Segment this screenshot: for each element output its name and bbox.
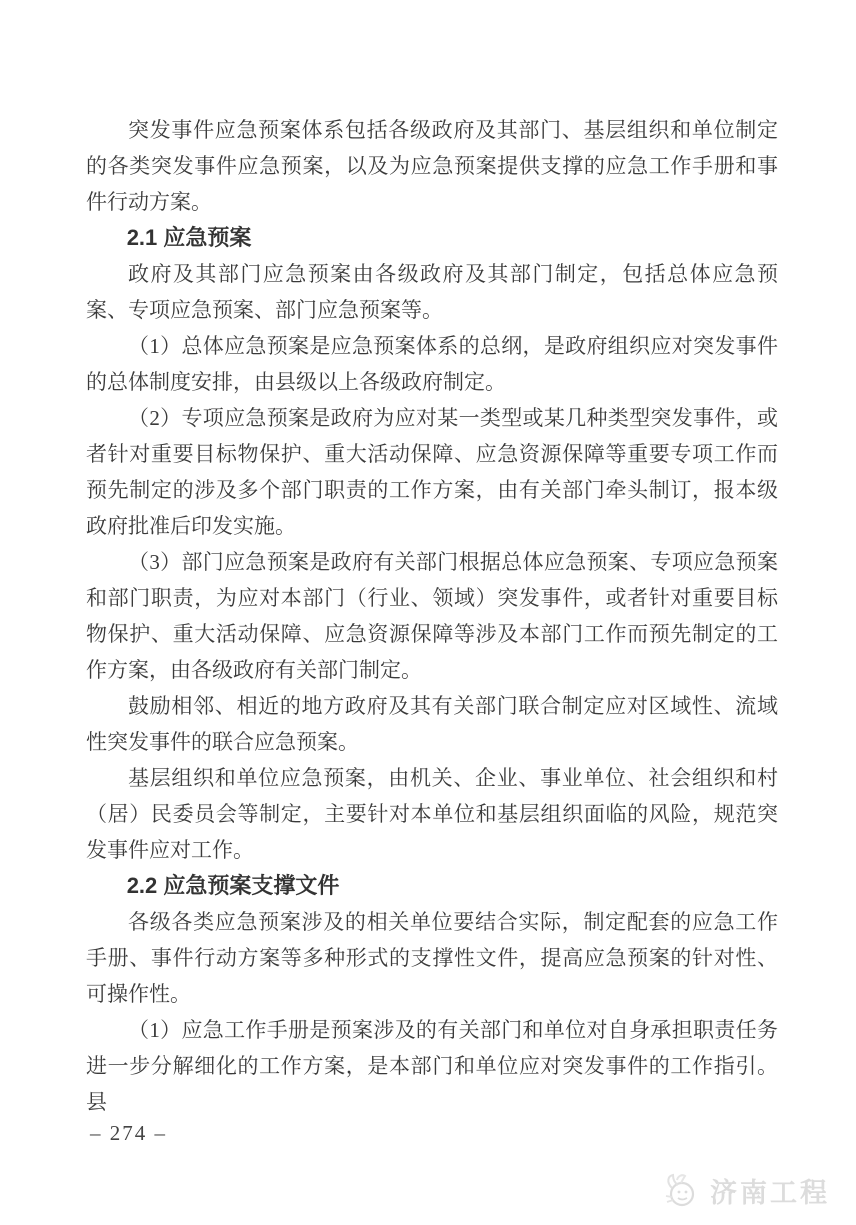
paragraph-intro: 突发事件应急预案体系包括各级政府及其部门、基层组织和单位制定的各类突发事件应急预…	[86, 112, 778, 220]
watermark: 济南工程	[658, 1168, 830, 1212]
section-heading-2-2: 2.2 应急预案支撑文件	[86, 868, 778, 904]
paragraph-joint-plans: 鼓励相邻、相近的地方政府及其有关部门联合制定应对区域性、流域性突发事件的联合应急…	[86, 688, 778, 760]
paragraph-grassroots: 基层组织和单位应急预案，由机关、企业、事业单位、社会组织和村（居）民委员会等制定…	[86, 760, 778, 868]
paragraph-item-1: （1）总体应急预案是应急预案体系的总纲，是政府组织应对突发事件的总体制度安排，由…	[86, 328, 778, 400]
bird-logo-icon	[658, 1168, 702, 1212]
watermark-text: 济南工程	[710, 1171, 830, 1210]
paragraph-handbook: （1）应急工作手册是预案涉及的有关部门和单位对自身承担职责任务进一步分解细化的工…	[86, 1012, 778, 1120]
document-page: 突发事件应急预案体系包括各级政府及其部门、基层组织和单位制定的各类突发事件应急预…	[0, 0, 856, 1225]
page-number: – 274 –	[90, 1118, 167, 1148]
section-heading-2-1: 2.1 应急预案	[86, 220, 778, 256]
paragraph-gov-plans: 政府及其部门应急预案由各级政府及其部门制定，包括总体应急预案、专项应急预案、部门…	[86, 256, 778, 328]
paragraph-support-docs: 各级各类应急预案涉及的相关单位要结合实际，制定配套的应急工作手册、事件行动方案等…	[86, 904, 778, 1012]
paragraph-item-2: （2）专项应急预案是政府为应对某一类型或某几种类型突发事件，或者针对重要目标物保…	[86, 400, 778, 544]
document-content: 突发事件应急预案体系包括各级政府及其部门、基层组织和单位制定的各类突发事件应急预…	[86, 112, 778, 1120]
paragraph-item-3: （3）部门应急预案是政府有关部门根据总体应急预案、专项应急预案和部门职责，为应对…	[86, 544, 778, 688]
